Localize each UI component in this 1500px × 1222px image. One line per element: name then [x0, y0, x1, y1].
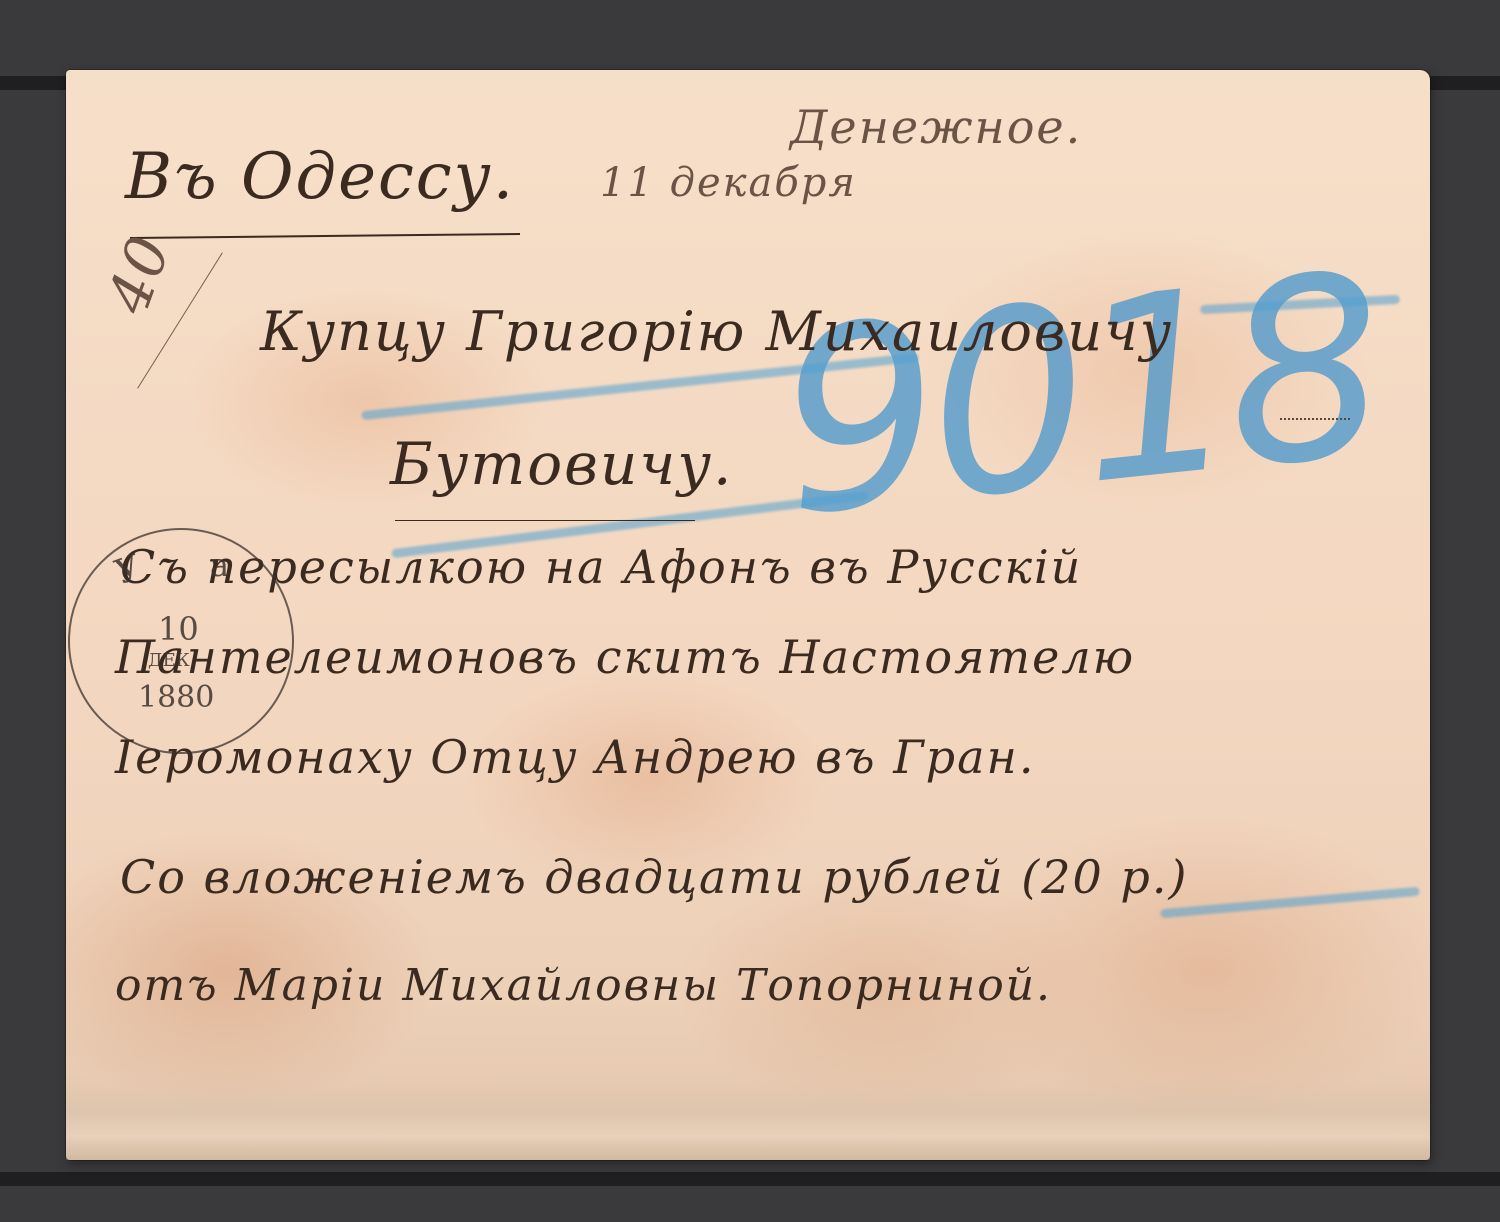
recipient-line-2: Бутовичу.: [390, 430, 733, 498]
date-note: 11 декабря: [600, 160, 857, 206]
envelope-bottom-fold: [66, 1080, 1430, 1160]
postmark-cancellation: У а 10 ДЕК 1880: [68, 528, 294, 754]
money-letter-note: Денежное.: [790, 100, 1082, 154]
postmark-top-letter-right: а: [210, 546, 229, 584]
forward-line-3: Іеромонаху Отцу Андрею въ Гран.: [115, 730, 1035, 784]
recipient-line-1: Купцу Григорію Михаиловичу: [260, 300, 1173, 363]
background-shadow-band-bottom: [0, 1172, 1500, 1186]
postmark-month: ДЕК: [148, 650, 190, 671]
destination-text: Въ Одессу.: [125, 140, 515, 214]
dotted-mark: [1280, 418, 1350, 420]
postmark-top-letter: У: [110, 547, 147, 593]
recipient-underline: [395, 520, 695, 521]
enclosure-line: Со вложеніемъ двадцати рублей (20 р.): [120, 850, 1188, 904]
sender-line: отъ Маріи Михайловны Топорниной.: [115, 960, 1052, 1011]
postmark-year: 1880: [138, 680, 214, 715]
postmark-day: 10: [158, 610, 199, 648]
registration-number-crayon: 9018: [766, 220, 1389, 572]
